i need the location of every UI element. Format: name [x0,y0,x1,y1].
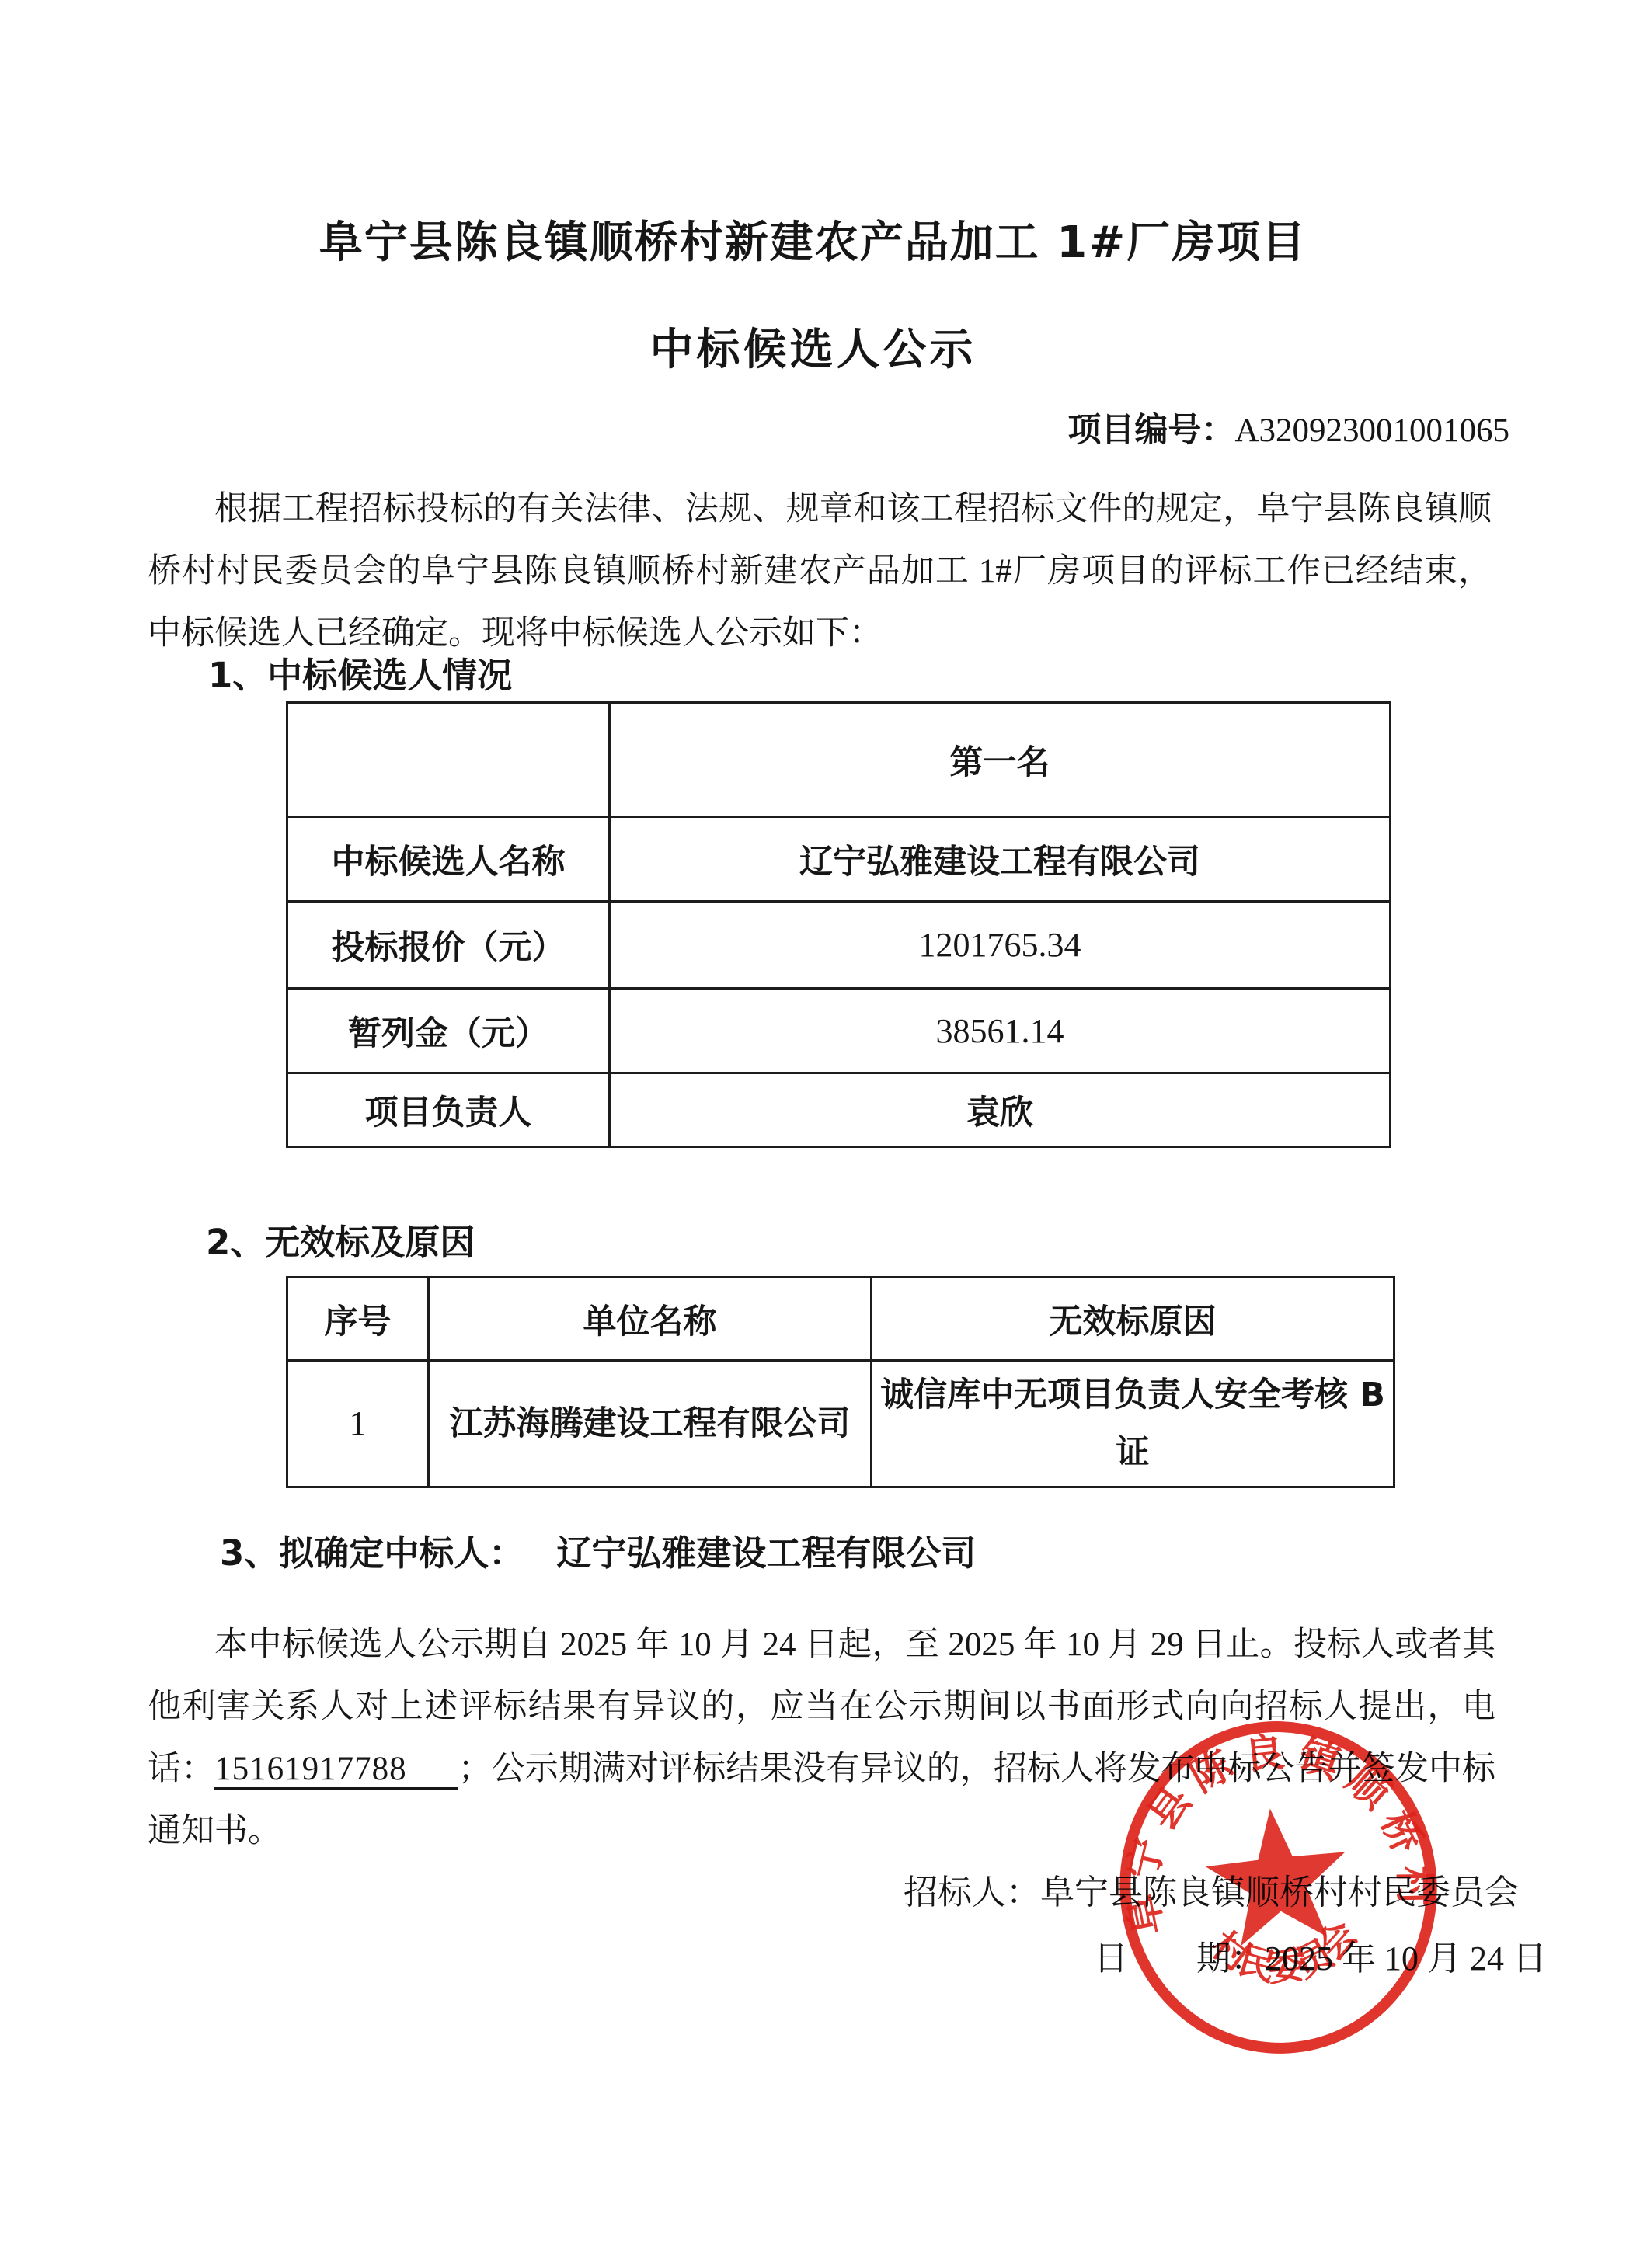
svg-text:村民委员会: 村民委员会 [1199,1909,1370,1998]
table-row: 第一名 [287,703,1391,817]
column-header: 无效标原因 [872,1278,1394,1361]
project-number-label: 项目编号： [1067,411,1234,450]
project-number-value: A320923001001065 [1234,412,1509,449]
document-page: 阜宁县陈良镇顺桥村新建农产品加工 1#厂房项目 中标候选人公示 项目编号：A32… [0,0,1626,2268]
winner-name: 辽宁弘雅建设工程有限公司 [556,1532,976,1574]
row-value: 38561.14 [610,989,1391,1073]
row-value: 1201765.34 [610,902,1391,989]
row-number-cell: 1 [287,1361,429,1487]
row-label: 暂列金（元） [287,989,610,1073]
section3-label: 3、拟确定中标人： [220,1532,524,1574]
seal-arc-text-bottom: 村民委员会 [1199,1909,1370,1998]
table-header-row: 序号 单位名称 无效标原因 [287,1278,1394,1361]
row-value: 袁欣 [610,1073,1391,1147]
column-header: 单位名称 [429,1278,872,1361]
column-header: 序号 [287,1278,429,1361]
row-value: 辽宁弘雅建设工程有限公司 [610,817,1391,902]
empty-cell [287,703,610,817]
rank-header-cell: 第一名 [610,703,1391,817]
candidate-table: 第一名 中标候选人名称 辽宁弘雅建设工程有限公司 投标报价（元） 1201765… [286,701,1391,1148]
table-row: 投标报价（元） 1201765.34 [287,902,1391,989]
contact-phone: 15161917788 [214,1751,458,1790]
table-row: 中标候选人名称 辽宁弘雅建设工程有限公司 [287,817,1391,902]
row-label: 项目负责人 [287,1073,610,1147]
page-subtitle: 中标候选人公示 [0,315,1626,377]
page-title: 阜宁县陈良镇顺桥村新建农产品加工 1#厂房项目 [0,208,1626,270]
table-row: 1 江苏海腾建设工程有限公司 诚信库中无项目负责人安全考核 B 证 [287,1361,1394,1487]
row-label: 投标报价（元） [287,902,610,989]
section3-heading: 3、拟确定中标人：辽宁弘雅建设工程有限公司 [220,1534,976,1573]
section2-heading: 2、无效标及原因 [206,1223,475,1262]
invalid-bid-table: 序号 单位名称 无效标原因 1 江苏海腾建设工程有限公司 诚信库中无项目负责人安… [286,1276,1395,1488]
table-row: 项目负责人 袁欣 [287,1073,1391,1147]
official-seal: 阜宁县陈良镇顺桥村 村民委员会 [1081,1679,1475,2087]
intro-paragraph: 根据工程招标投标的有关法律、法规、规章和该工程招标文件的规定，阜宁县陈良镇顺桥村… [148,478,1492,665]
project-number: 项目编号：A320923001001065 [1067,404,1509,451]
reason-cell: 诚信库中无项目负责人安全考核 B 证 [872,1361,1394,1487]
section1-heading: 1、中标候选人情况 [208,656,512,695]
company-cell: 江苏海腾建设工程有限公司 [429,1361,872,1487]
row-label: 中标候选人名称 [287,817,610,902]
table-row: 暂列金（元） 38561.14 [287,989,1391,1073]
